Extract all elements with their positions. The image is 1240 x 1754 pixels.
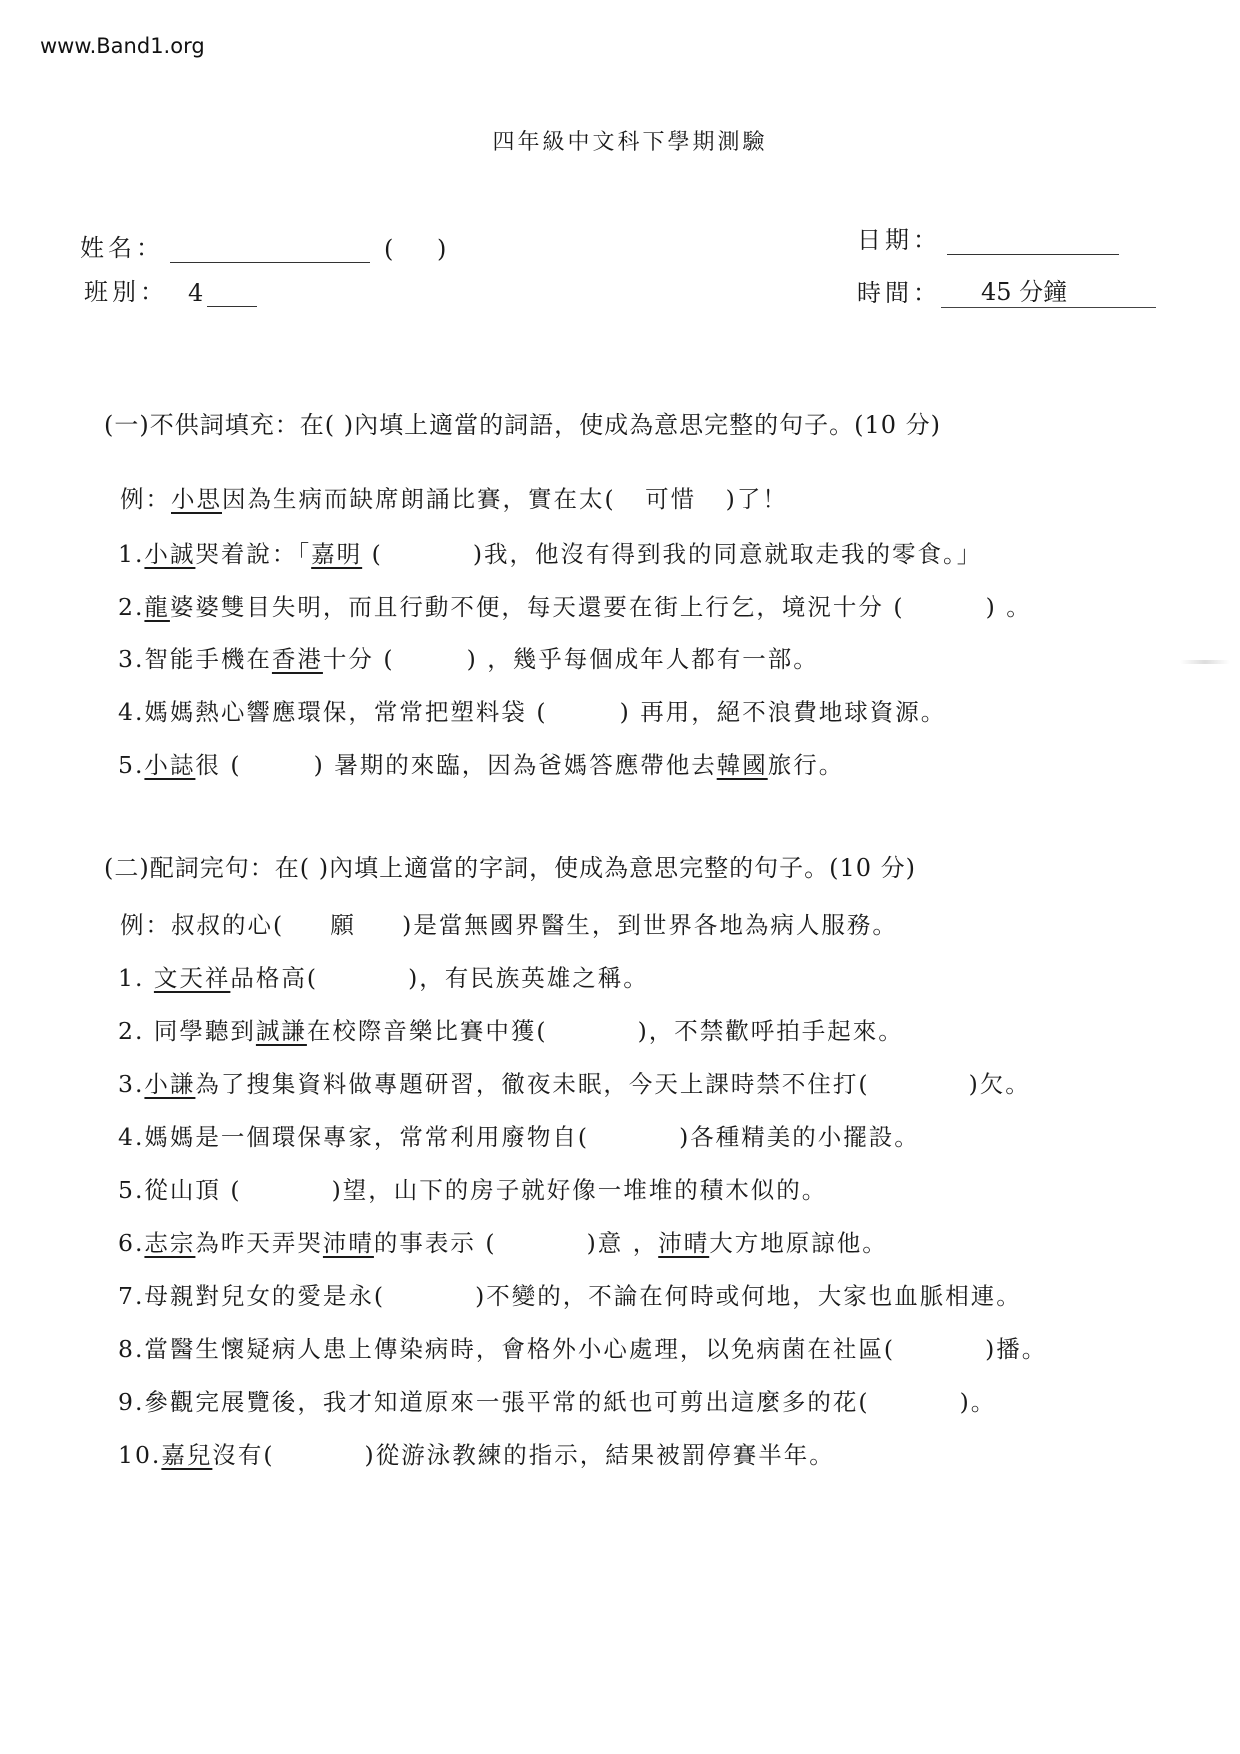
section1-question-5: 5.小誌很 () 暑期的來臨，因為爸媽答應帶他去韓國旅行。 bbox=[118, 746, 844, 780]
question-number: 9. bbox=[118, 1388, 144, 1416]
proper-noun: 嘉兒 bbox=[161, 1441, 212, 1469]
section1-heading: (一)不供詞填充：在( )內填上適當的詞語，使成為意思完整的句子。(10 分) bbox=[104, 405, 941, 440]
question-number: 10. bbox=[118, 1441, 161, 1469]
example-text: 叔叔的心( bbox=[171, 911, 284, 939]
proper-noun: 沛晴 bbox=[658, 1229, 709, 1257]
question-number: 5. bbox=[118, 751, 144, 779]
class-value: 4 bbox=[188, 279, 203, 307]
section2-question-3: 3.小謙為了搜集資料做專題研習，徹夜未眠，今天上課時禁不住打()欠。 bbox=[118, 1065, 1031, 1099]
date-input-line[interactable] bbox=[947, 226, 1119, 255]
question-text: 為昨天弄哭 bbox=[195, 1229, 323, 1257]
section2-question-9: 9.參觀完展覽後，我才知道原來一張平常的紙也可剪出這麼多的花()。 bbox=[118, 1383, 996, 1417]
question-text: 媽媽熱心響應環保，常常把塑料袋 ( bbox=[144, 698, 547, 726]
example-text: 因為生病而缺席朗誦比賽，實在太( bbox=[222, 485, 616, 513]
name-input-line[interactable] bbox=[170, 234, 370, 263]
section1-question-2: 2.龍婆婆雙目失明，而且行動不便，每天還要在街上行乞，境況十分 () 。 bbox=[118, 588, 1032, 622]
name-field: 姓名： ( ) bbox=[80, 228, 464, 263]
section1-question-3: 3.智能手機在香港十分 () ，幾乎每個成年人都有一部。 bbox=[118, 640, 819, 674]
question-text: ) ，幾乎每個成年人都有一部。 bbox=[467, 645, 819, 673]
question-text: )，不禁歡呼拍手起來。 bbox=[638, 1017, 904, 1045]
question-number: 7. bbox=[118, 1282, 144, 1310]
question-text: 很 ( bbox=[195, 751, 241, 779]
section2-heading: (二)配詞完句：在( )內填上適當的字詞，使成為意思完整的句子。(10 分) bbox=[104, 848, 916, 883]
question-text: ) 。 bbox=[986, 593, 1032, 621]
question-text: )從游泳教練的指示，結果被罰停賽半年。 bbox=[365, 1441, 835, 1469]
example-answer: 可惜 bbox=[616, 480, 726, 514]
question-number: 6. bbox=[118, 1229, 144, 1257]
question-text: )欠。 bbox=[969, 1070, 1031, 1098]
question-text: 為了搜集資料做專題研習，徹夜未眠，今天上課時禁不住打( bbox=[195, 1070, 869, 1098]
proper-noun: 韓國 bbox=[717, 751, 768, 779]
section1-example: 例：小思因為生病而缺席朗誦比賽，實在太(可惜)了！ bbox=[120, 480, 788, 514]
question-text: )。 bbox=[960, 1388, 997, 1416]
question-text: 從山頂 ( bbox=[144, 1176, 241, 1204]
example-answer: 願 bbox=[284, 906, 402, 940]
section2-question-6: 6.志宗為昨天弄哭沛晴的事表示 ()意 ，沛晴大方地原諒他。 bbox=[118, 1224, 888, 1258]
question-number: 5. bbox=[118, 1176, 144, 1204]
proper-noun: 小誠 bbox=[144, 540, 195, 568]
question-text: 媽媽是一個環保專家，常常利用廢物自( bbox=[144, 1123, 589, 1151]
proper-noun: 志宗 bbox=[144, 1229, 195, 1257]
question-text: )，有民族英雄之稱。 bbox=[408, 964, 649, 992]
proper-noun: 沛晴 bbox=[323, 1229, 374, 1257]
time-label: 時間： bbox=[857, 273, 941, 308]
section2-question-7: 7.母親對兒女的愛是永()不變的，不論在何時或何地，大家也血脈相連。 bbox=[118, 1277, 1022, 1311]
proper-noun: 小謙 bbox=[144, 1070, 195, 1098]
question-text: 智能手機在 bbox=[144, 645, 272, 673]
question-number: 2. bbox=[118, 1017, 144, 1045]
question-number: 4. bbox=[118, 1123, 144, 1151]
question-text: 參觀完展覽後，我才知道原來一張平常的紙也可剪出這麼多的花( bbox=[144, 1388, 869, 1416]
example-prefix: 例： bbox=[120, 485, 171, 513]
section1-question-1: 1.小誠哭着說：「嘉明 ()我，他沒有得到我的同意就取走我的零食。」 bbox=[118, 535, 982, 569]
proper-noun: 誠謙 bbox=[256, 1017, 307, 1045]
question-text: 的事表示 ( bbox=[374, 1229, 497, 1257]
example-text-end: )是當無國界醫生，到世界各地為病人服務。 bbox=[402, 911, 898, 939]
question-number: 8. bbox=[118, 1335, 144, 1363]
question-text: 品格高( bbox=[230, 964, 318, 992]
time-field: 時間： 45 分鐘 bbox=[857, 272, 1156, 308]
example-name: 小思 bbox=[171, 485, 222, 513]
proper-noun: 香港 bbox=[272, 645, 323, 673]
question-text: ) 暑期的來臨，因為爸媽答應帶他去 bbox=[314, 751, 717, 779]
watermark: www.Band1.org bbox=[40, 34, 205, 58]
question-text: )各種精美的小擺設。 bbox=[679, 1123, 920, 1151]
page-title: 四年級中文科下學期測驗 bbox=[0, 125, 1240, 156]
section2-example: 例：叔叔的心(願)是當無國界醫生，到世界各地為病人服務。 bbox=[120, 906, 898, 940]
section2-question-2: 2. 同學聽到誠謙在校際音樂比賽中獲()，不禁歡呼拍手起來。 bbox=[118, 1012, 904, 1046]
name-label: 姓名： bbox=[80, 228, 164, 263]
question-text: 母親對兒女的愛是永( bbox=[144, 1282, 385, 1310]
proper-noun: 文天祥 bbox=[154, 964, 231, 992]
section1-question-4: 4.媽媽熱心響應環保，常常把塑料袋 () 再用，絕不浪費地球資源。 bbox=[118, 693, 946, 727]
question-text: ) 再用，絕不浪費地球資源。 bbox=[620, 698, 947, 726]
example-prefix: 例： bbox=[120, 911, 171, 939]
question-text: 十分 ( bbox=[323, 645, 395, 673]
question-text: 在校際音樂比賽中獲( bbox=[307, 1017, 548, 1045]
question-number: 3. bbox=[118, 1070, 144, 1098]
question-number: 2. bbox=[118, 593, 144, 621]
question-number: 1. bbox=[118, 964, 144, 992]
question-number: 1. bbox=[118, 540, 144, 568]
class-label: 班別： bbox=[84, 272, 168, 307]
question-text: 哭着說：「 bbox=[195, 540, 311, 568]
question-text: )不變的，不論在何時或何地，大家也血脈相連。 bbox=[475, 1282, 1022, 1310]
section2-question-5: 5.從山頂 ()望，山下的房子就好像一堆堆的積木似的。 bbox=[118, 1171, 827, 1205]
section2-question-8: 8.當醫生懷疑病人患上傳染病時，會格外小心處理，以免病菌在社區()播。 bbox=[118, 1330, 1047, 1364]
proper-noun: 龍 bbox=[144, 593, 170, 621]
time-value: 45 分鐘 bbox=[941, 272, 1156, 308]
question-text: 沒有( bbox=[212, 1441, 274, 1469]
question-text: 婆婆雙目失明，而且行動不便，每天還要在街上行乞，境況十分 ( bbox=[170, 593, 905, 621]
section2-question-1: 1. 文天祥品格高()，有民族英雄之稱。 bbox=[118, 959, 649, 993]
scan-artifact bbox=[1180, 660, 1230, 664]
class-field: 班別： 4 bbox=[84, 272, 257, 307]
proper-noun: 小誌 bbox=[144, 751, 195, 779]
question-number: 4. bbox=[118, 698, 144, 726]
question-text: 當醫生懷疑病人患上傳染病時，會格外小心處理，以免病菌在社區( bbox=[144, 1335, 895, 1363]
class-number-paren[interactable]: ( ) bbox=[384, 235, 464, 263]
question-number: 3. bbox=[118, 645, 144, 673]
question-text: ( bbox=[362, 540, 383, 568]
example-text-end: )了！ bbox=[726, 485, 788, 513]
class-input-line[interactable] bbox=[207, 278, 257, 307]
question-text: )播。 bbox=[985, 1335, 1047, 1363]
question-text: 旅行。 bbox=[768, 751, 845, 779]
question-text: )我，他沒有得到我的同意就取走我的零食。」 bbox=[473, 540, 982, 568]
proper-noun: 嘉明 bbox=[311, 540, 362, 568]
question-text: )意 ， bbox=[587, 1229, 659, 1257]
question-text: 同學聽到 bbox=[144, 1017, 255, 1045]
date-field: 日期： bbox=[857, 220, 1119, 255]
question-text bbox=[144, 964, 153, 992]
section2-question-4: 4.媽媽是一個環保專家，常常利用廢物自()各種精美的小擺設。 bbox=[118, 1118, 920, 1152]
section2-question-10: 10.嘉兒沒有()從游泳教練的指示，結果被罰停賽半年。 bbox=[118, 1436, 835, 1470]
question-text: )望，山下的房子就好像一堆堆的積木似的。 bbox=[332, 1176, 828, 1204]
date-label: 日期： bbox=[857, 220, 941, 255]
question-text: 大方地原諒他。 bbox=[709, 1229, 888, 1257]
